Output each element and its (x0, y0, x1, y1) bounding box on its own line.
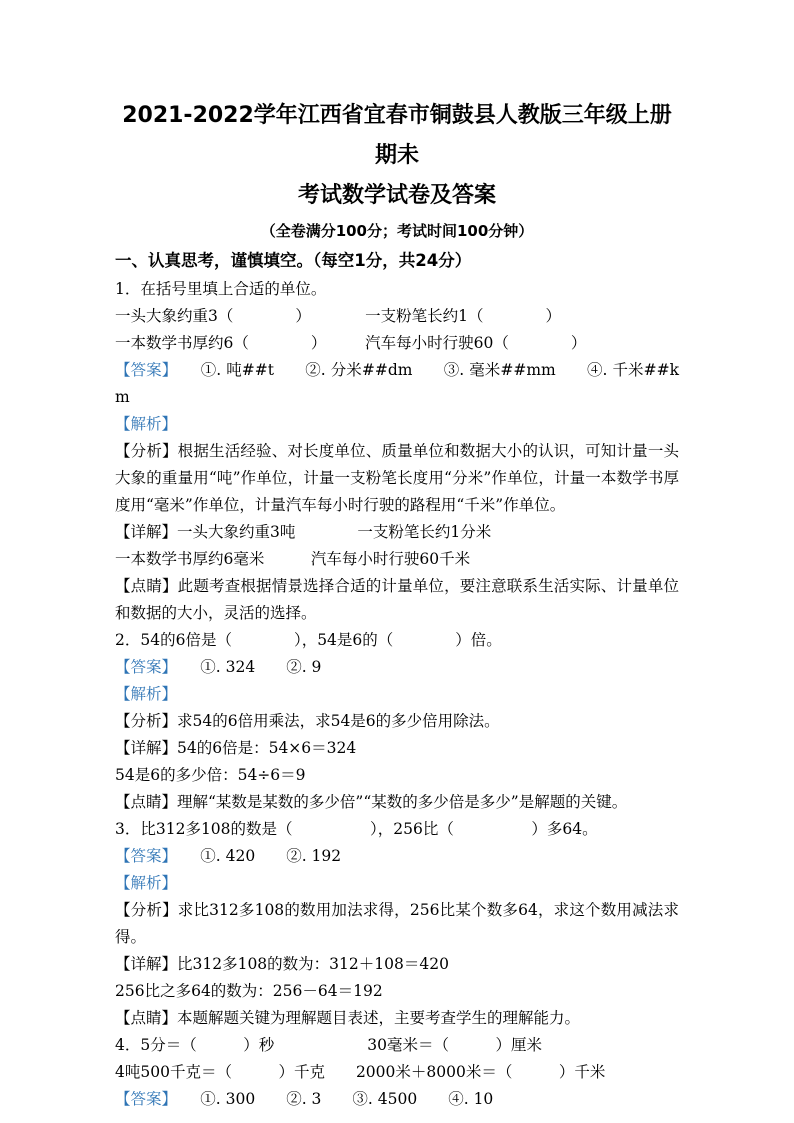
q3-answer: 【答案】 ①. 420 ②. 192 (115, 843, 679, 870)
q3-detail-row-1: 【详解】比312多108的数为：312＋108＝420 (115, 951, 679, 978)
analysis-label: 【解析】 (115, 685, 177, 703)
q1-detail-row-2: 一本数学书厚约6毫米 汽车每小时行驶60千米 (115, 546, 679, 573)
answer-text: ①. 300 ②. 3 ③. 4500 ④. 10 (169, 1090, 493, 1108)
text: 1．在括号里填上合适的单位。 (115, 280, 326, 298)
text: 【详解】一头大象约重3吨 一支粉笔长约1分米 (115, 523, 491, 541)
q3-analysis-label: 【解析】 (115, 870, 679, 897)
text: 【点睛】此题考查根据情景选择合适的计量单位，要注意联系生活实际、计量单位和数据的… (115, 577, 679, 622)
text: 一本数学书厚约6（ ） 汽车每小时行驶60（ ） (115, 334, 586, 352)
analysis-label: 【解析】 (115, 874, 177, 892)
exam-score-time-info: （全卷满分100分；考试时间100分钟） (115, 216, 679, 246)
q4-stem-row-1: 4．5分＝（ ）秒 30毫米＝（ ）厘米 (115, 1032, 679, 1059)
text: 【点睛】理解“某数是某数的多少倍”“某数的多少倍是多少”是解题的关键。 (115, 793, 627, 811)
q1-blank-row-1: 一头大象约重3（ ） 一支粉笔长约1（ ） (115, 303, 679, 330)
answer-label: 【答案】 (115, 361, 170, 379)
q2-detail-row-2: 54是6的多少倍：54÷6＝9 (115, 762, 679, 789)
text: 4．5分＝（ ）秒 30毫米＝（ ）厘米 (115, 1036, 542, 1054)
text: 一本数学书厚约6毫米 汽车每小时行驶60千米 (115, 550, 470, 568)
q2-keypoint: 【点睛】理解“某数是某数的多少倍”“某数的多少倍是多少”是解题的关键。 (115, 789, 679, 816)
text: 【详解】比312多108的数为：312＋108＝420 (115, 955, 449, 973)
q2-detail-row-1: 【详解】54的6倍是：54×6＝324 (115, 735, 679, 762)
answer-label: 【答案】 (115, 847, 169, 865)
q2-answer: 【答案】 ①. 324 ②. 9 (115, 654, 679, 681)
q1-answer: 【答案】 ①. 吨##t ②. 分米##dm ③. 毫米##mm ④. 千米##… (115, 357, 679, 411)
text: 【点睛】本题解题关键为理解题目表述，主要考查学生的理解能力。 (115, 1009, 580, 1027)
q2-analysis: 【分析】求54的6倍用乘法，求54是6的多少倍用除法。 (115, 708, 679, 735)
text: 一头大象约重3（ ） 一支粉笔长约1（ ） (115, 307, 561, 325)
q3-analysis: 【分析】求比312多108的数用加法求得，256比某个数多64，求这个数用减法求… (115, 897, 679, 951)
text: 2．54的6倍是（ ），54是6的（ ）倍。 (115, 631, 502, 649)
q2-stem: 2．54的6倍是（ ），54是6的（ ）倍。 (115, 627, 679, 654)
q4-stem-row-2: 4吨500千克＝（ ）千克 2000米＋8000米＝（ ）千米 (115, 1059, 679, 1086)
q4-answer: 【答案】 ①. 300 ②. 3 ③. 4500 ④. 10 (115, 1086, 679, 1113)
answer-label: 【答案】 (115, 1090, 169, 1108)
answer-text: ①. 324 ②. 9 (169, 658, 321, 676)
q2-analysis-label: 【解析】 (115, 681, 679, 708)
document-title-line1: 2021-2022学年江西省宜春市铜鼓县人教版三年级上册期未 (115, 96, 679, 176)
section-1-heading: 一、认真思考，谨慎填空。（每空1分，共24分） (115, 246, 679, 276)
q1-keypoint: 【点睛】此题考查根据情景选择合适的计量单位，要注意联系生活实际、计量单位和数据的… (115, 573, 679, 627)
text: 【详解】54的6倍是：54×6＝324 (115, 739, 356, 757)
q1-analysis-label: 【解析】 (115, 411, 679, 438)
q1-blank-row-2: 一本数学书厚约6（ ） 汽车每小时行驶60（ ） (115, 330, 679, 357)
answer-label: 【答案】 (115, 658, 169, 676)
q1-stem: 1．在括号里填上合适的单位。 (115, 276, 679, 303)
text: 4吨500千克＝（ ）千克 2000米＋8000米＝（ ）千米 (115, 1063, 605, 1081)
answer-text: ①. 吨##t ②. 分米##dm ③. 毫米##mm ④. 千米##km (115, 361, 679, 406)
text: 【分析】求54的6倍用乘法，求54是6的多少倍用除法。 (115, 712, 500, 730)
text: 54是6的多少倍：54÷6＝9 (115, 766, 306, 784)
text: 3．比312多108的数是（ ），256比（ ）多64。 (115, 820, 598, 838)
q1-detail-row-1: 【详解】一头大象约重3吨 一支粉笔长约1分米 (115, 519, 679, 546)
text: 256比之多64的数为：256－64＝192 (115, 982, 383, 1000)
text: 【分析】根据生活经验、对长度单位、质量单位和数据大小的认识，可知计量一头大象的重… (115, 442, 679, 514)
text: 【分析】求比312多108的数用加法求得，256比某个数多64，求这个数用减法求… (115, 901, 679, 946)
q3-keypoint: 【点睛】本题解题关键为理解题目表述，主要考查学生的理解能力。 (115, 1005, 679, 1032)
exam-document-page: 2021-2022学年江西省宜春市铜鼓县人教版三年级上册期未 考试数学试卷及答案… (0, 0, 794, 1123)
q3-detail-row-2: 256比之多64的数为：256－64＝192 (115, 978, 679, 1005)
document-body: 1．在括号里填上合适的单位。 一头大象约重3（ ） 一支粉笔长约1（ ） 一本数… (115, 276, 679, 1113)
q1-analysis: 【分析】根据生活经验、对长度单位、质量单位和数据大小的认识，可知计量一头大象的重… (115, 438, 679, 519)
document-title-line2: 考试数学试卷及答案 (115, 176, 679, 216)
q3-stem: 3．比312多108的数是（ ），256比（ ）多64。 (115, 816, 679, 843)
analysis-label: 【解析】 (115, 415, 177, 433)
answer-text: ①. 420 ②. 192 (169, 847, 341, 865)
